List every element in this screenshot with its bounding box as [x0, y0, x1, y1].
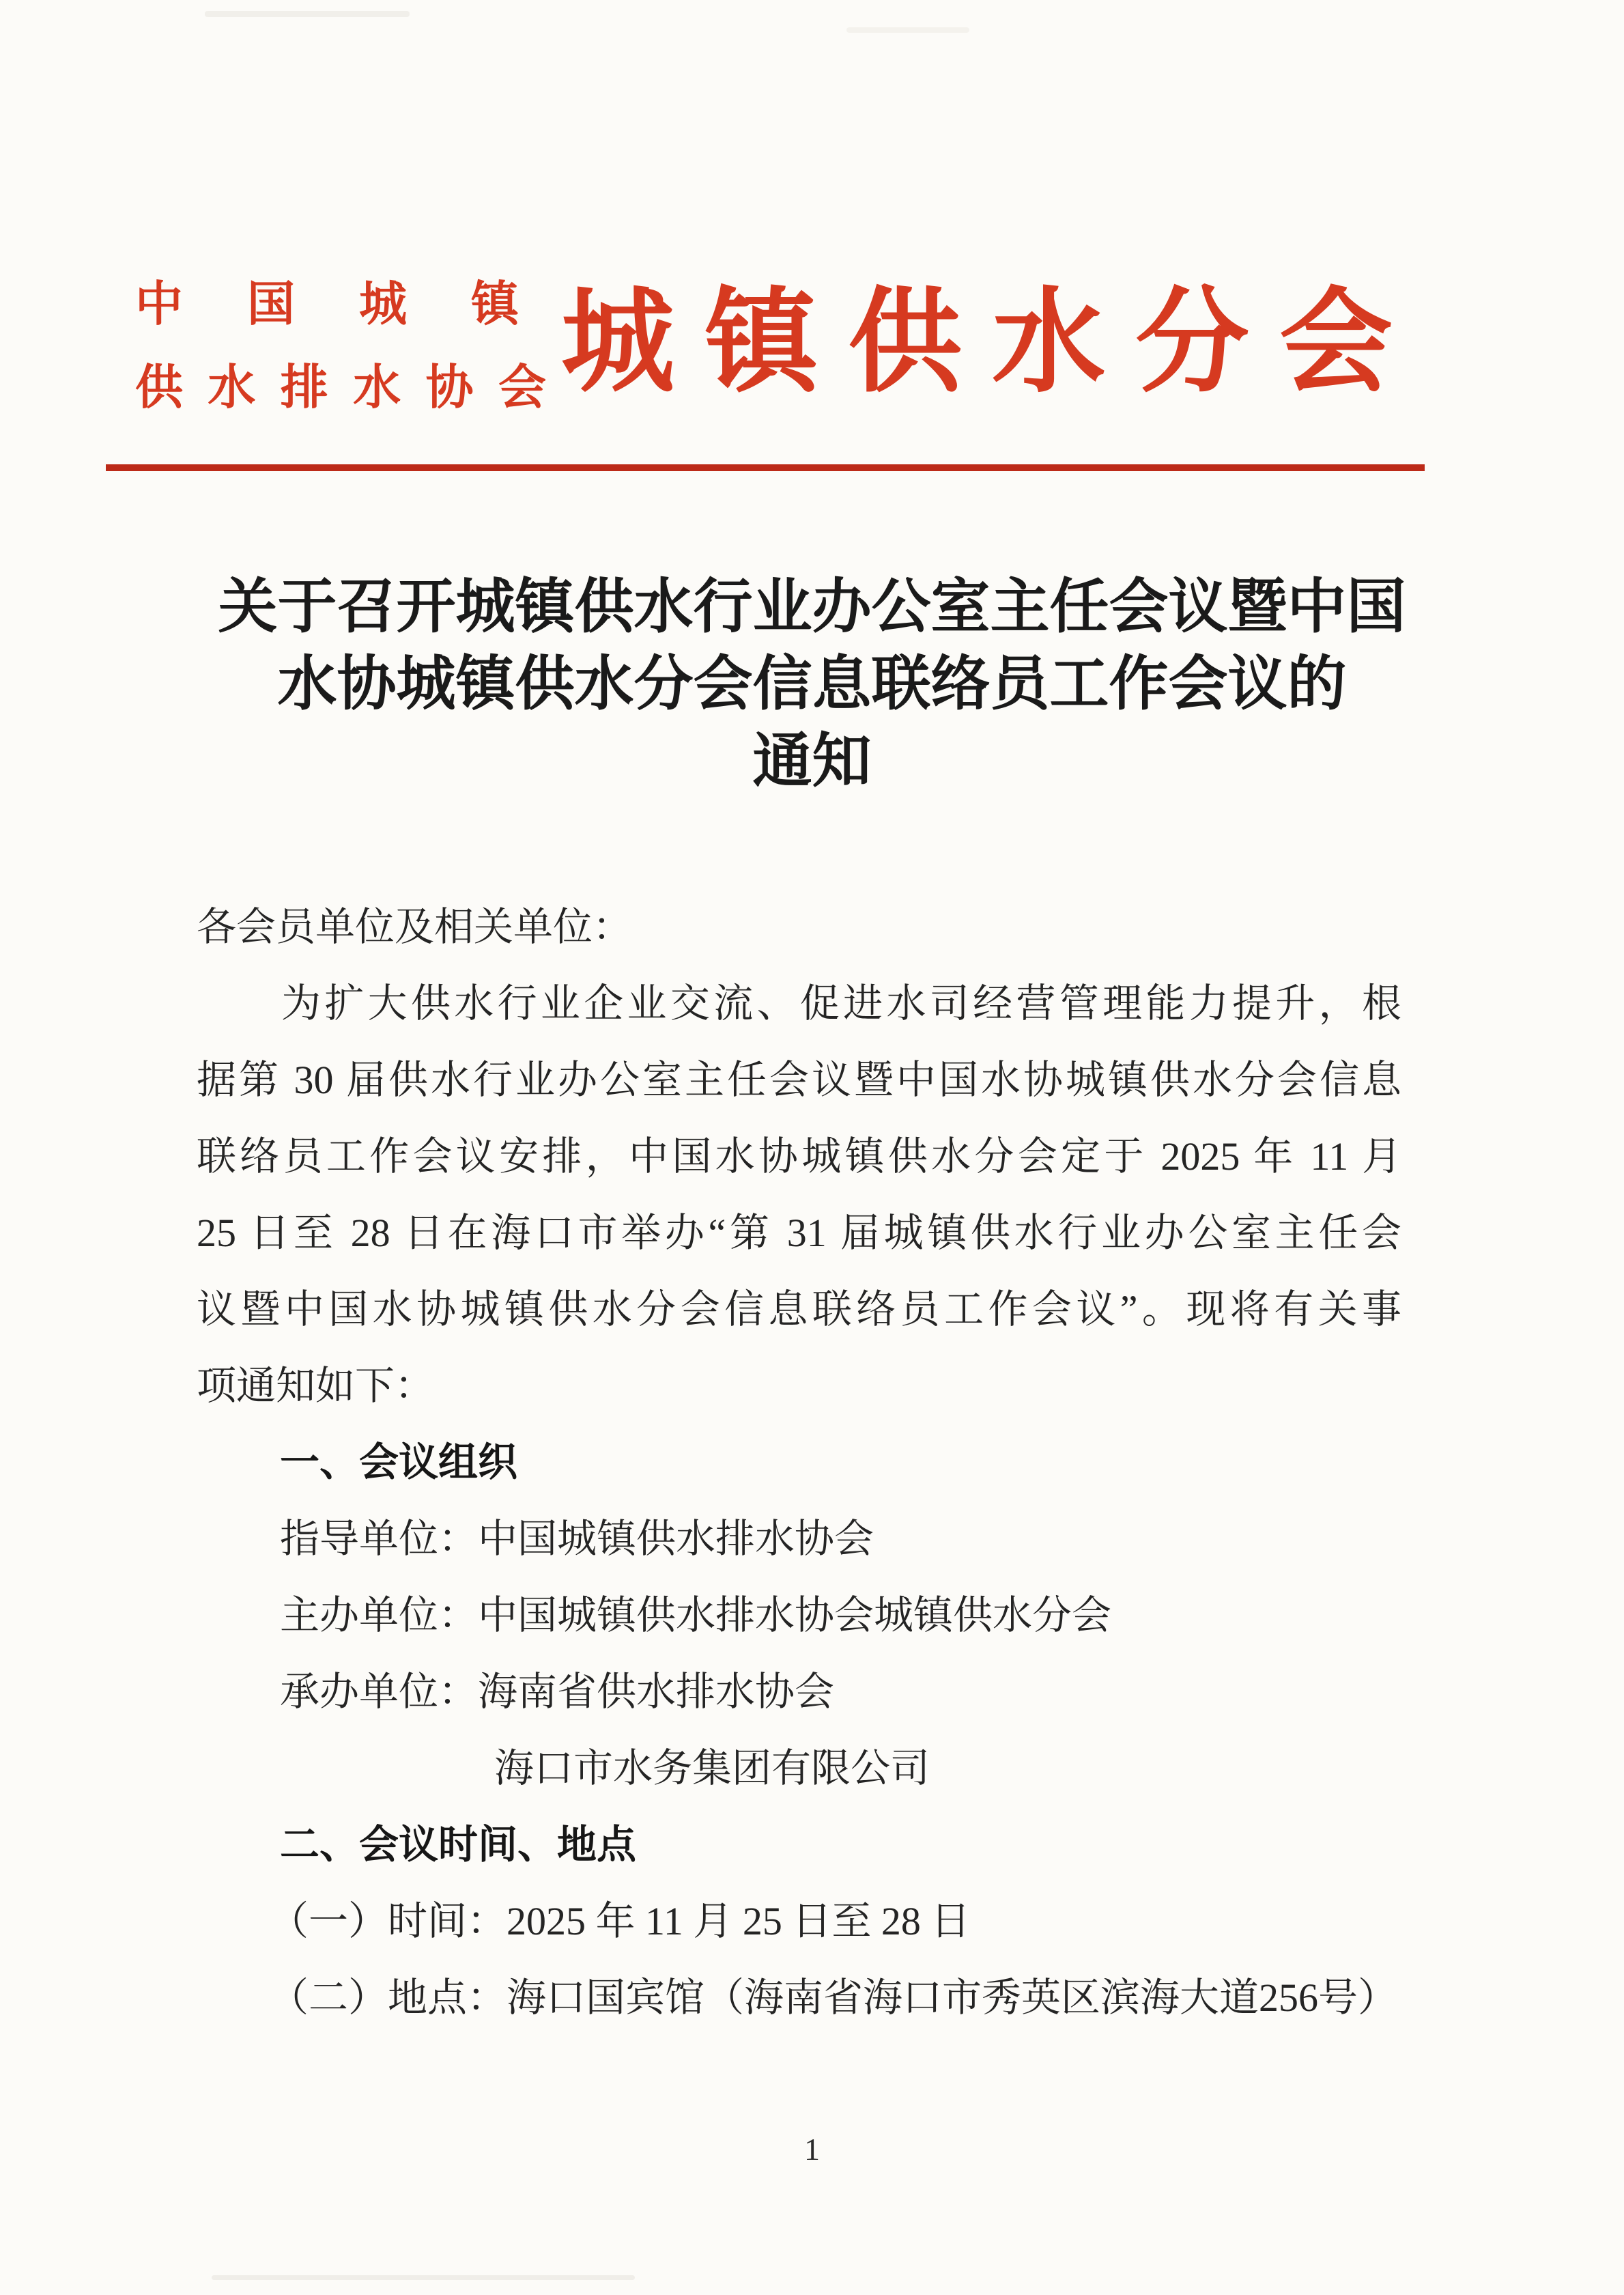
paragraph-line: 25 日至 28 日在海口市举办“第 31 届城镇供水行业办公室主任会 — [197, 1195, 1401, 1271]
scan-artifact — [212, 2275, 635, 2280]
page-number: 1 — [0, 2129, 1624, 2170]
paragraph-line: 项通知如下： — [197, 1348, 1401, 1424]
title-line-1: 关于召开城镇供水行业办公室主任会议暨中国 — [0, 568, 1624, 645]
paragraph-line: 联络员工作会议安排，中国水协城镇供水分会定于 2025 年 11 月 — [197, 1118, 1401, 1195]
section2-heading: 二、会议时间、地点 — [197, 1807, 1401, 1883]
section1-item-host-unit: 主办单位：中国城镇供水排水协会城镇供水分会 — [197, 1577, 1401, 1654]
paragraph-line: 据第 30 届供水行业办公室主任会议暨中国水协城镇供水分会信息 — [197, 1042, 1401, 1118]
org-name-line2: 供水排水协会 — [135, 359, 546, 418]
section1-item-guidance-unit: 指导单位：中国城镇供水排水协会 — [197, 1501, 1401, 1577]
section1-heading: 一、会议组织 — [197, 1424, 1401, 1501]
paragraph-line: 为扩大供水行业企业交流、促进水司经营管理能力提升，根 — [197, 966, 1401, 1042]
section2-item-time: （一）时间：2025 年 11 月 25 日至 28 日 — [197, 1883, 1401, 1960]
section2-item-location: （二）地点：海口国宾馆（海南省海口市秀英区滨海大道256号） — [197, 1960, 1401, 2036]
scan-artifact — [846, 27, 969, 33]
section1-item-organizer-unit-2: 海口市水务集团有限公司 — [197, 1730, 1401, 1807]
org-name-line1: 中国城镇 — [135, 276, 519, 335]
salutation: 各会员单位及相关单位： — [197, 889, 1401, 966]
title-line-3: 通知 — [0, 722, 1624, 800]
letterhead-rule — [106, 464, 1425, 471]
document-body: 各会员单位及相关单位： 为扩大供水行业企业交流、促进水司经营管理能力提升，根 据… — [197, 889, 1401, 2036]
scan-artifact — [205, 11, 410, 17]
document-page: 中国城镇 供水排水协会 城镇供水分会 关于召开城镇供水行业办公室主任会议暨中国 … — [0, 0, 1624, 2295]
title-line-2: 水协城镇供水分会信息联络员工作会议的 — [0, 645, 1624, 722]
branch-name: 城镇供水分会 — [561, 281, 1393, 404]
paragraph-line: 议暨中国水协城镇供水分会信息联络员工作会议”。现将有关事 — [197, 1271, 1401, 1348]
section1-item-organizer-unit: 承办单位：海南省供水排水协会 — [197, 1654, 1401, 1730]
document-title: 关于召开城镇供水行业办公室主任会议暨中国 水协城镇供水分会信息联络员工作会议的 … — [0, 568, 1624, 800]
